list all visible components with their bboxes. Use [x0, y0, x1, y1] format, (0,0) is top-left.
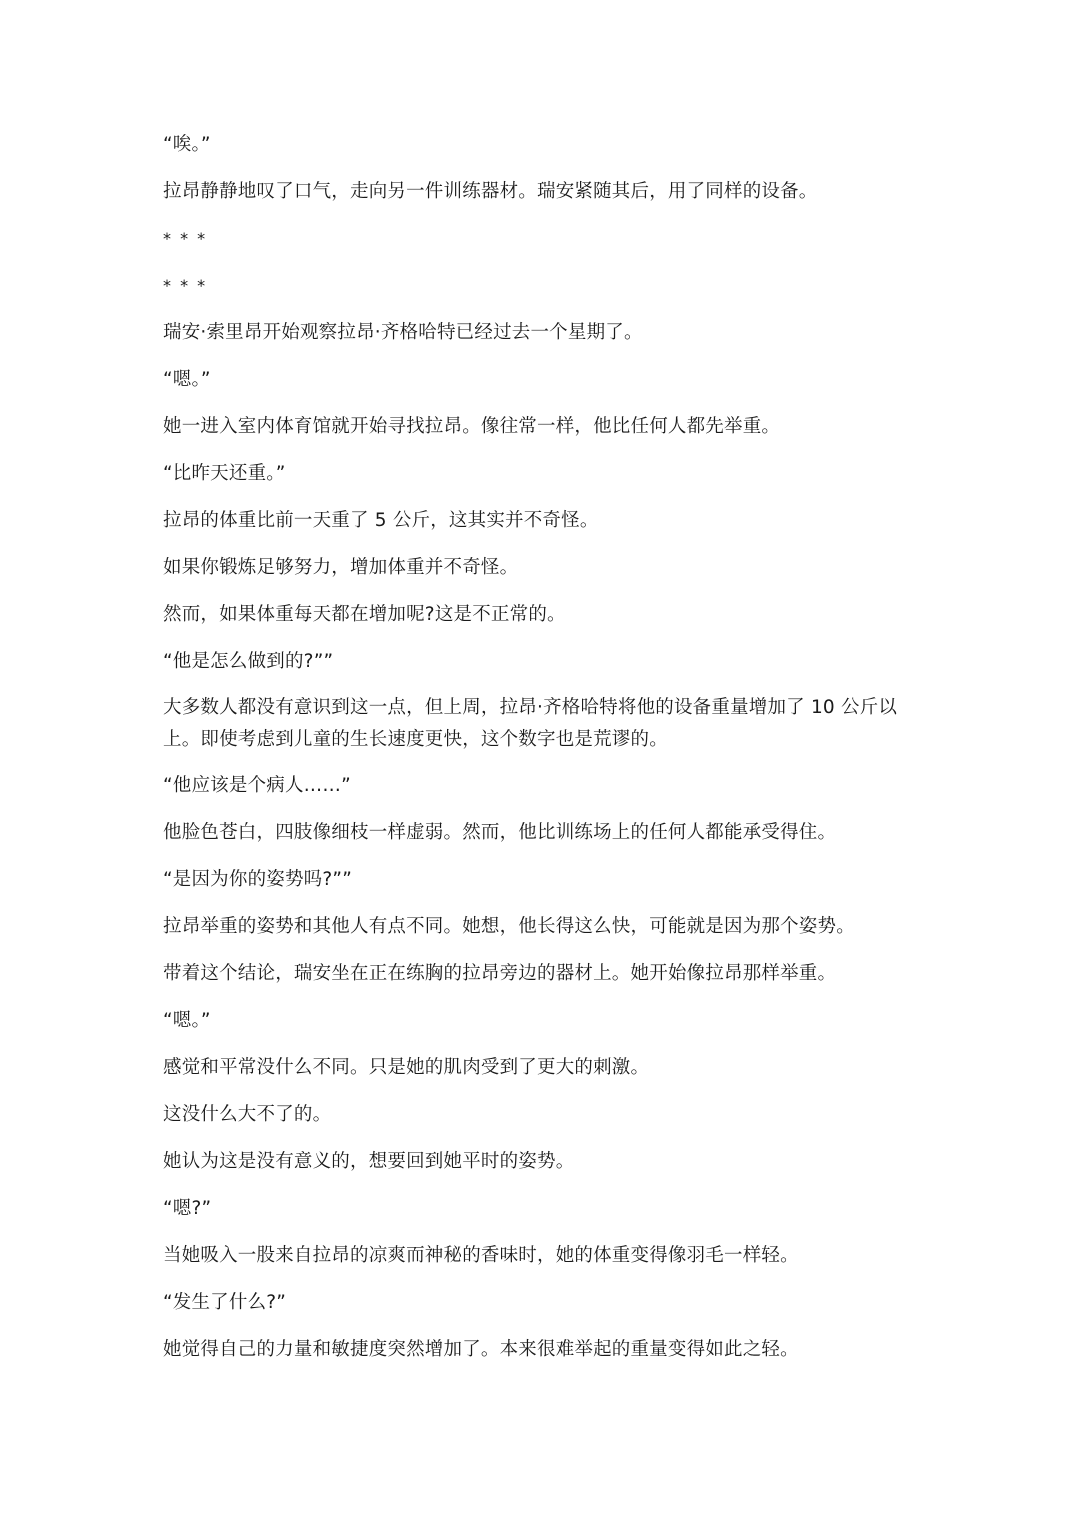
narration-paragraph: 带着这个结论，瑞安坐在正在练胸的拉昂旁边的器材上。她开始像拉昂那样举重。 [163, 959, 923, 988]
dialogue-line: “唉。” [163, 130, 923, 159]
narration-paragraph: 她觉得自己的力量和敏捷度突然增加了。本来很难举起的重量变得如此之轻。 [163, 1335, 923, 1364]
dialogue-line: “嗯。” [163, 365, 923, 394]
dialogue-line: “比昨天还重。” [163, 459, 923, 488]
scene-separator: * * * [163, 224, 923, 253]
dialogue-line: “他应该是个病人……” [163, 771, 923, 800]
narration-paragraph: 拉昂静静地叹了口气，走向另一件训练器材。瑞安紧随其后，用了同样的设备。 [163, 177, 923, 206]
dialogue-line: “嗯。” [163, 1006, 923, 1035]
narration-paragraph: 这没什么大不了的。 [163, 1100, 923, 1129]
narration-paragraph: 瑞安·索里昂开始观察拉昂·齐格哈特已经过去一个星期了。 [163, 318, 923, 347]
narration-paragraph: 大多数人都没有意识到这一点，但上周，拉昂·齐格哈特将他的设备重量增加了 10 公… [163, 692, 923, 756]
narration-paragraph: 拉昂举重的姿势和其他人有点不同。她想，他长得这么快，可能就是因为那个姿势。 [163, 912, 923, 941]
narration-paragraph: 她认为这是没有意义的，想要回到她平时的姿势。 [163, 1147, 923, 1176]
narration-paragraph: 如果你锻炼足够努力，增加体重并不奇怪。 [163, 553, 923, 582]
scene-separator: * * * [163, 271, 923, 300]
dialogue-line: “他是怎么做到的?”” [163, 647, 923, 676]
dialogue-line: “发生了什么?” [163, 1288, 923, 1317]
narration-paragraph: 然而，如果体重每天都在增加呢?这是不正常的。 [163, 600, 923, 629]
document-page: “唉。” 拉昂静静地叹了口气，走向另一件训练器材。瑞安紧随其后，用了同样的设备。… [163, 130, 923, 1382]
narration-paragraph: 当她吸入一股来自拉昂的凉爽而神秘的香味时，她的体重变得像羽毛一样轻。 [163, 1241, 923, 1270]
dialogue-line: “是因为你的姿势吗?”” [163, 865, 923, 894]
narration-paragraph: 拉昂的体重比前一天重了 5 公斤，这其实并不奇怪。 [163, 506, 923, 535]
narration-paragraph: 感觉和平常没什么不同。只是她的肌肉受到了更大的刺激。 [163, 1053, 923, 1082]
narration-paragraph: 她一进入室内体育馆就开始寻找拉昂。像往常一样，他比任何人都先举重。 [163, 412, 923, 441]
narration-paragraph: 他脸色苍白，四肢像细枝一样虚弱。然而，他比训练场上的任何人都能承受得住。 [163, 818, 923, 847]
dialogue-line: “嗯?” [163, 1194, 923, 1223]
